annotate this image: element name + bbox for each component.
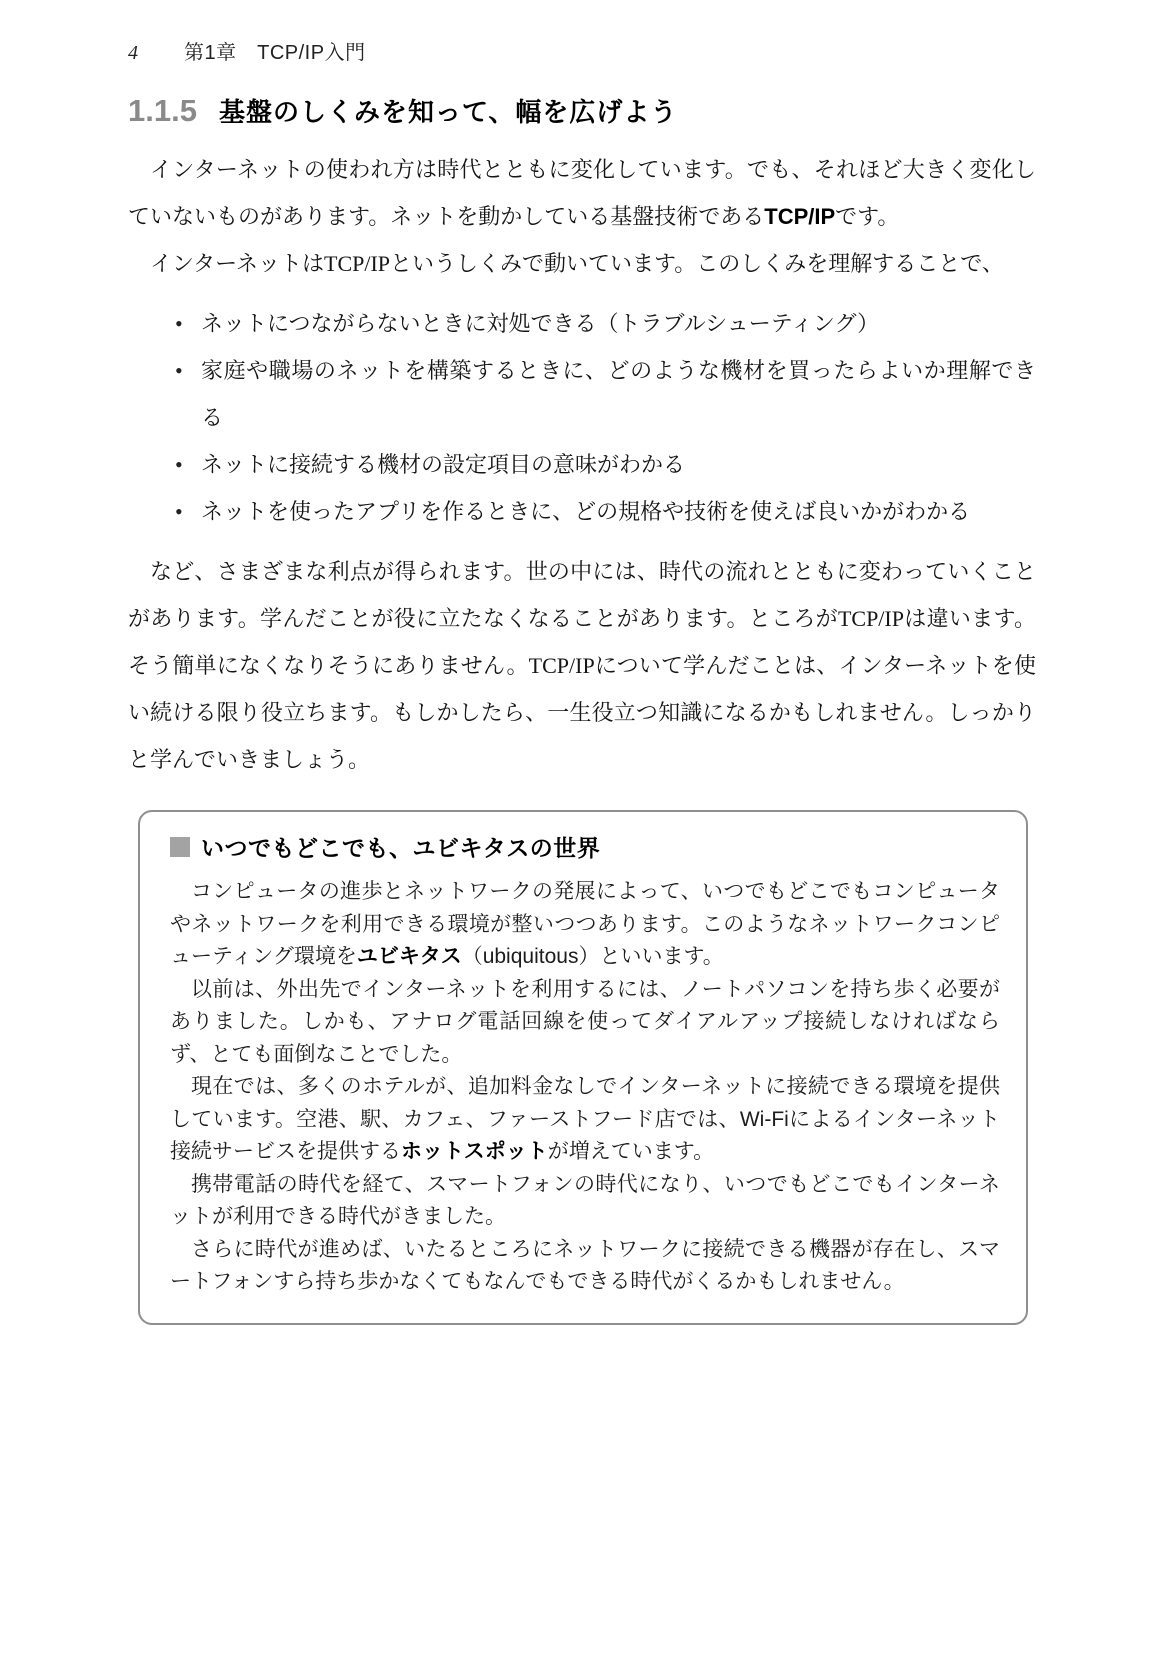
column-paragraph-1-keyword: ユビキタス [357,945,462,968]
paragraph-2: インターネットはTCP/IPというしくみで動いています。このしくみを理解すること… [128,240,1036,287]
section-number: 1.1.5 [128,93,197,129]
paragraph-3: など、さまざまな利点が得られます。世の中には、時代の流れとともに変わっていくこと… [128,548,1036,783]
column-paragraph-3: 現在では、多くのホテルが、追加料金なしでインターネットに接続できる環境を提供して… [170,1071,1000,1169]
page-number: 4 [128,42,184,65]
column-paragraph-3-keyword: ホットスポット [401,1140,548,1163]
column-title: いつでもどこでも、ユビキタスの世界 [201,830,600,863]
list-item: 家庭や職場のネットを構築するときに、どのような機材を買ったらよいか理解できる [201,347,1036,441]
sidebar-column-box: いつでもどこでも、ユビキタスの世界 コンピュータの進歩とネットワークの発展によっ… [138,810,1028,1325]
column-title-row: いつでもどこでも、ユビキタスの世界 [170,830,1000,863]
column-paragraph-2: 以前は、外出先でインターネットを利用するには、ノートパソコンを持ち歩く必要があり… [170,974,1000,1072]
paragraph-1: インターネットの使われ方は時代とともに変化しています。でも、それほど大きく変化し… [128,146,1036,240]
book-page: 4 第1章 TCP/IP入門 1.1.5 基盤のしくみを知って、幅を広げよう イ… [0,0,1040,1325]
paragraph-1-tail: です。 [835,204,899,229]
benefits-list: ネットにつながらないときに対処できる（トラブルシューティング） 家庭や職場のネッ… [128,300,1036,535]
list-item: ネットに接続する機材の設定項目の意味がわかる [201,441,1036,488]
list-item: ネットを使ったアプリを作るときに、どの規格や技術を使えば良いかがわかる [201,488,1036,535]
column-body: コンピュータの進歩とネットワークの発展によって、いつでもどこでもコンピュータやネ… [170,876,1000,1299]
paragraph-1-text: インターネットの使われ方は時代とともに変化しています。でも、それほど大きく変化し… [128,157,1036,229]
column-paragraph-4: 携帯電話の時代を経て、スマートフォンの時代になり、いつでもどこでもインターネット… [170,1169,1000,1234]
section-heading: 1.1.5 基盤のしくみを知って、幅を広げよう [128,92,1040,129]
column-paragraph-5: さらに時代が進めば、いたるところにネットワークに接続できる機器が存在し、スマート… [170,1234,1000,1299]
column-paragraph-1: コンピュータの進歩とネットワークの発展によって、いつでもどこでもコンピュータやネ… [170,876,1000,974]
list-item: ネットにつながらないときに対処できる（トラブルシューティング） [201,300,1036,347]
running-header: 4 第1章 TCP/IP入門 [128,36,1040,65]
section-title: 基盤のしくみを知って、幅を広げよう [219,92,677,129]
column-paragraph-1-tail: （ubiquitous）といいます。 [462,945,724,968]
paragraph-1-keyword: TCP/IP [764,204,835,229]
column-paragraph-3-tail: が増えています。 [548,1140,714,1163]
body-text: インターネットの使われ方は時代とともに変化しています。でも、それほど大きく変化し… [128,146,1036,783]
chapter-title: 第1章 TCP/IP入門 [184,36,366,65]
square-bullet-icon [170,837,190,857]
